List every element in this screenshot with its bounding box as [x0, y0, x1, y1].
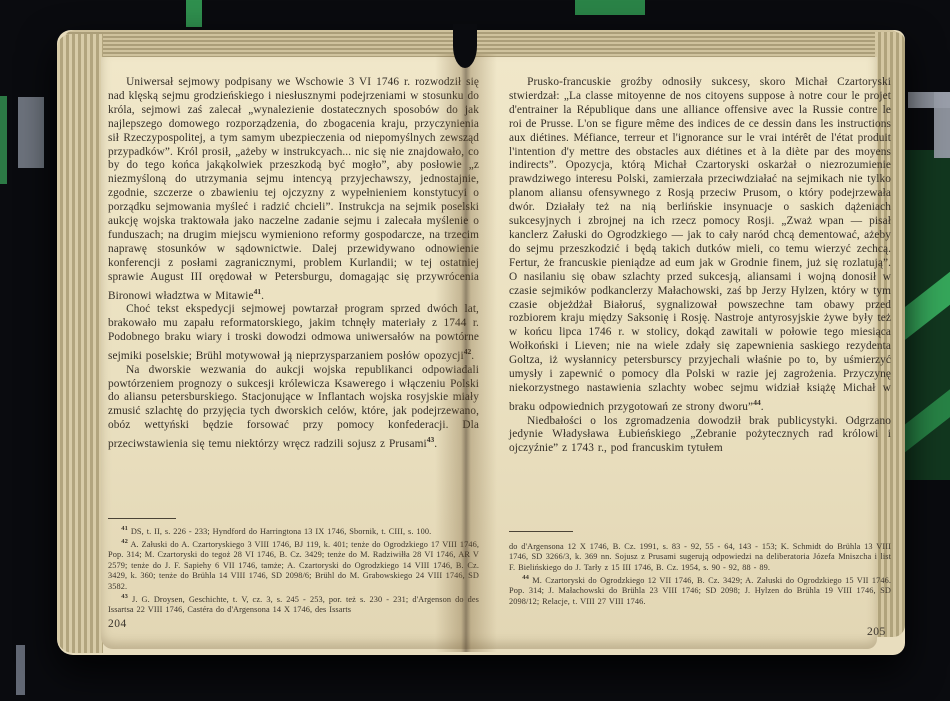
footnote-separator [108, 518, 176, 519]
book-photo-scene: Uniwersał sejmowy podpisany we Wschowie … [0, 0, 950, 701]
page-number-left: 204 [108, 618, 127, 630]
footnote: 41 DS, t. II, s. 226 - 233; Hyndford do … [108, 524, 479, 537]
footnote-separator [509, 531, 573, 532]
paragraph: Na dworskie wezwania do aukcji wojska re… [108, 364, 479, 452]
footnote-number: 42 [121, 538, 128, 545]
gray-graphic-bar [16, 645, 25, 695]
paragraph: Prusko-francuskie groźby odnosiły sukces… [509, 76, 891, 415]
footnote-text: M. Czartoryski do Ogrodzkiego 12 VII 174… [509, 576, 891, 606]
paragraph: Uniwersał sejmowy podpisany we Wschowie … [108, 76, 479, 303]
page-edges-left [57, 34, 103, 653]
page-number-right: 205 [867, 626, 886, 638]
green-accent-patch [186, 0, 202, 27]
right-page-footnotes: do d'Argensona 12 X 1746, B. Cz. 1991, s… [509, 542, 891, 628]
paragraph-text: Prusko-francuskie groźby odnosiły sukces… [509, 76, 891, 413]
footnote-text: A. Załuski do A. Czartoryskiego 3 VIII 1… [108, 540, 479, 591]
green-accent-strip [0, 96, 7, 184]
footnote-number: 41 [121, 525, 128, 532]
paragraph-text: Choć tekst ekspedycji sejmowej powtarzał… [108, 303, 479, 361]
footnote-text: do d'Argensona 12 X 1746, B. Cz. 1991, s… [509, 542, 891, 572]
footnote: do d'Argensona 12 X 1746, B. Cz. 1991, s… [509, 542, 891, 573]
gray-frame-graphic [934, 92, 950, 158]
spine-shadow [435, 54, 497, 652]
right-page-body-text: Prusko-francuskie groźby odnosiły sukces… [509, 76, 891, 456]
paragraph-text: Uniwersał sejmowy podpisany we Wschowie … [108, 76, 479, 301]
footnote-reference: 44 [753, 398, 761, 407]
left-page-body-text: Uniwersał sejmowy podpisany we Wschowie … [108, 76, 479, 452]
footnote-text: J. G. Droysen, Geschichte, t. V, cz. 3, … [108, 595, 479, 614]
paragraph: Choć tekst ekspedycji sejmowej powtarzał… [108, 303, 479, 363]
open-book: Uniwersał sejmowy podpisany we Wschowie … [57, 30, 905, 655]
paragraph-text: Na dworskie wezwania do aukcji wojska re… [108, 364, 479, 450]
spine-notch [453, 24, 477, 68]
footnote-number: 44 [522, 574, 529, 581]
paragraph-tail: . [261, 289, 264, 301]
gray-graphic-block [18, 97, 44, 168]
footnote: 42 A. Załuski do A. Czartoryskiego 3 VII… [108, 537, 479, 592]
paragraph-tail: . [761, 401, 764, 413]
paragraph: Niedbałości o los zgromadzenia dowodził … [509, 415, 891, 457]
paragraph-text: Niedbałości o los zgromadzenia dowodził … [509, 415, 891, 455]
footnote-number: 43 [121, 593, 128, 600]
green-accent-bar [575, 0, 645, 15]
footnote: 44 M. Czartoryski do Ogrodzkiego 12 VII … [509, 573, 891, 607]
footnote: 43 J. G. Droysen, Geschichte, t. V, cz. … [108, 592, 479, 616]
left-page-footnotes: 41 DS, t. II, s. 226 - 233; Hyndford do … [108, 524, 479, 624]
footnote-text: DS, t. II, s. 226 - 233; Hyndford do Har… [131, 527, 432, 536]
